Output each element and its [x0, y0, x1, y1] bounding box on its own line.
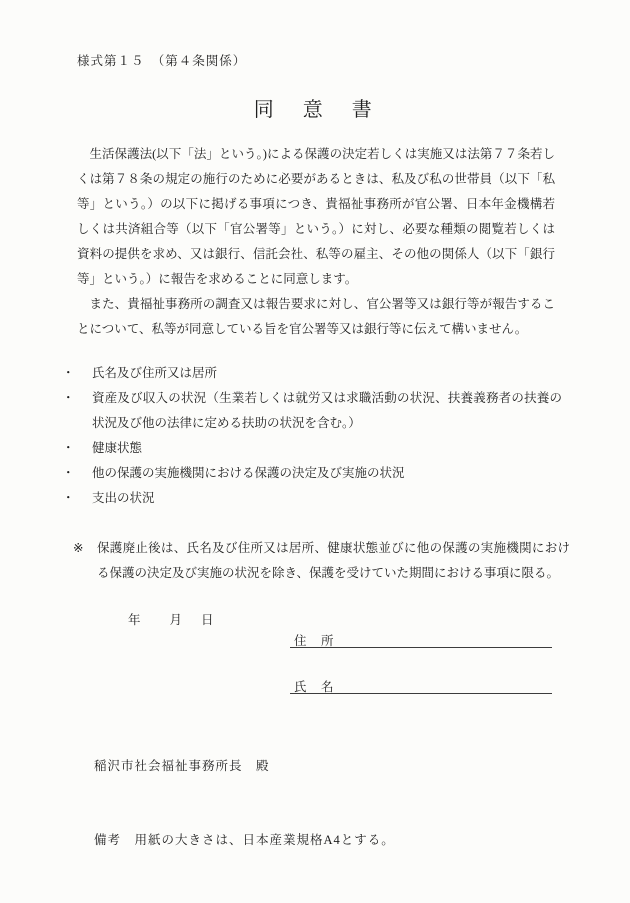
date-line: 年 月 日: [128, 610, 214, 628]
document-title: 同 意 書: [0, 93, 630, 122]
note-marker-icon: ※: [73, 536, 83, 561]
list-item: ・ 資産及び収入の状況（生業若しくは就労又は求職活動の状況、扶養義務者の扶養の状…: [62, 386, 562, 436]
year-label: 年: [128, 610, 141, 628]
list-item: ・ 他の保護の実施機関における保護の決定及び実施の状況: [62, 461, 562, 486]
bullet-icon: ・: [62, 361, 75, 386]
list-item: ・ 支出の状況: [62, 486, 562, 511]
form-number: 様式第１５ （第４条関係）: [77, 51, 246, 69]
list-item-text: 他の保護の実施機関における保護の決定及び実施の状況: [92, 466, 405, 480]
list-item-text: 支出の状況: [92, 491, 155, 505]
bullet-icon: ・: [62, 486, 75, 511]
note: ※ 保護廃止後は、氏名及び住所又は居所、健康状態並びに他の保護の実施機関における…: [73, 536, 570, 586]
address-label: 住 所: [294, 634, 335, 648]
list-item-text: 健康状態: [92, 441, 142, 455]
day-label: 日: [201, 610, 214, 628]
bullet-icon: ・: [62, 386, 75, 411]
address-field: 住 所: [290, 631, 552, 648]
bullet-icon: ・: [62, 461, 75, 486]
body-paragraph: 生活保護法(以下「法」という。)による保護の決定若しくは実施又は法第７７条若しく…: [77, 142, 555, 292]
list-item-text: 資産及び収入の状況（生業若しくは就労又は求職活動の状況、扶養義務者の扶養の状況及…: [92, 391, 562, 430]
name-label: 氏 名: [294, 680, 335, 694]
consent-body-text: 生活保護法(以下「法」という。)による保護の決定若しくは実施又は法第７７条若しく…: [77, 142, 555, 342]
body-paragraph: また、貴福祉事務所の調査又は報告要求に対し、官公署等又は銀行等が報告することにつ…: [77, 292, 555, 342]
disclosure-items-list: ・ 氏名及び住所又は居所 ・ 資産及び収入の状況（生業若しくは就労又は求職活動の…: [62, 361, 562, 511]
bullet-icon: ・: [62, 436, 75, 461]
addressee-line: 稲沢市社会福祉事務所長 殿: [94, 756, 270, 774]
list-item-text: 氏名及び住所又は居所: [92, 366, 217, 380]
month-label: 月: [170, 610, 183, 628]
remark-line: 備考 用紙の大きさは、日本産業規格A4とする。: [94, 830, 395, 848]
note-text: 保護廃止後は、氏名及び住所又は居所、健康状態並びに他の保護の実施機関における保護…: [73, 536, 570, 586]
list-item: ・ 氏名及び住所又は居所: [62, 361, 562, 386]
document-page: 様式第１５ （第４条関係） 同 意 書 生活保護法(以下「法」という。)による保…: [0, 0, 630, 903]
name-field: 氏 名: [290, 677, 552, 694]
list-item: ・ 健康状態: [62, 436, 562, 461]
